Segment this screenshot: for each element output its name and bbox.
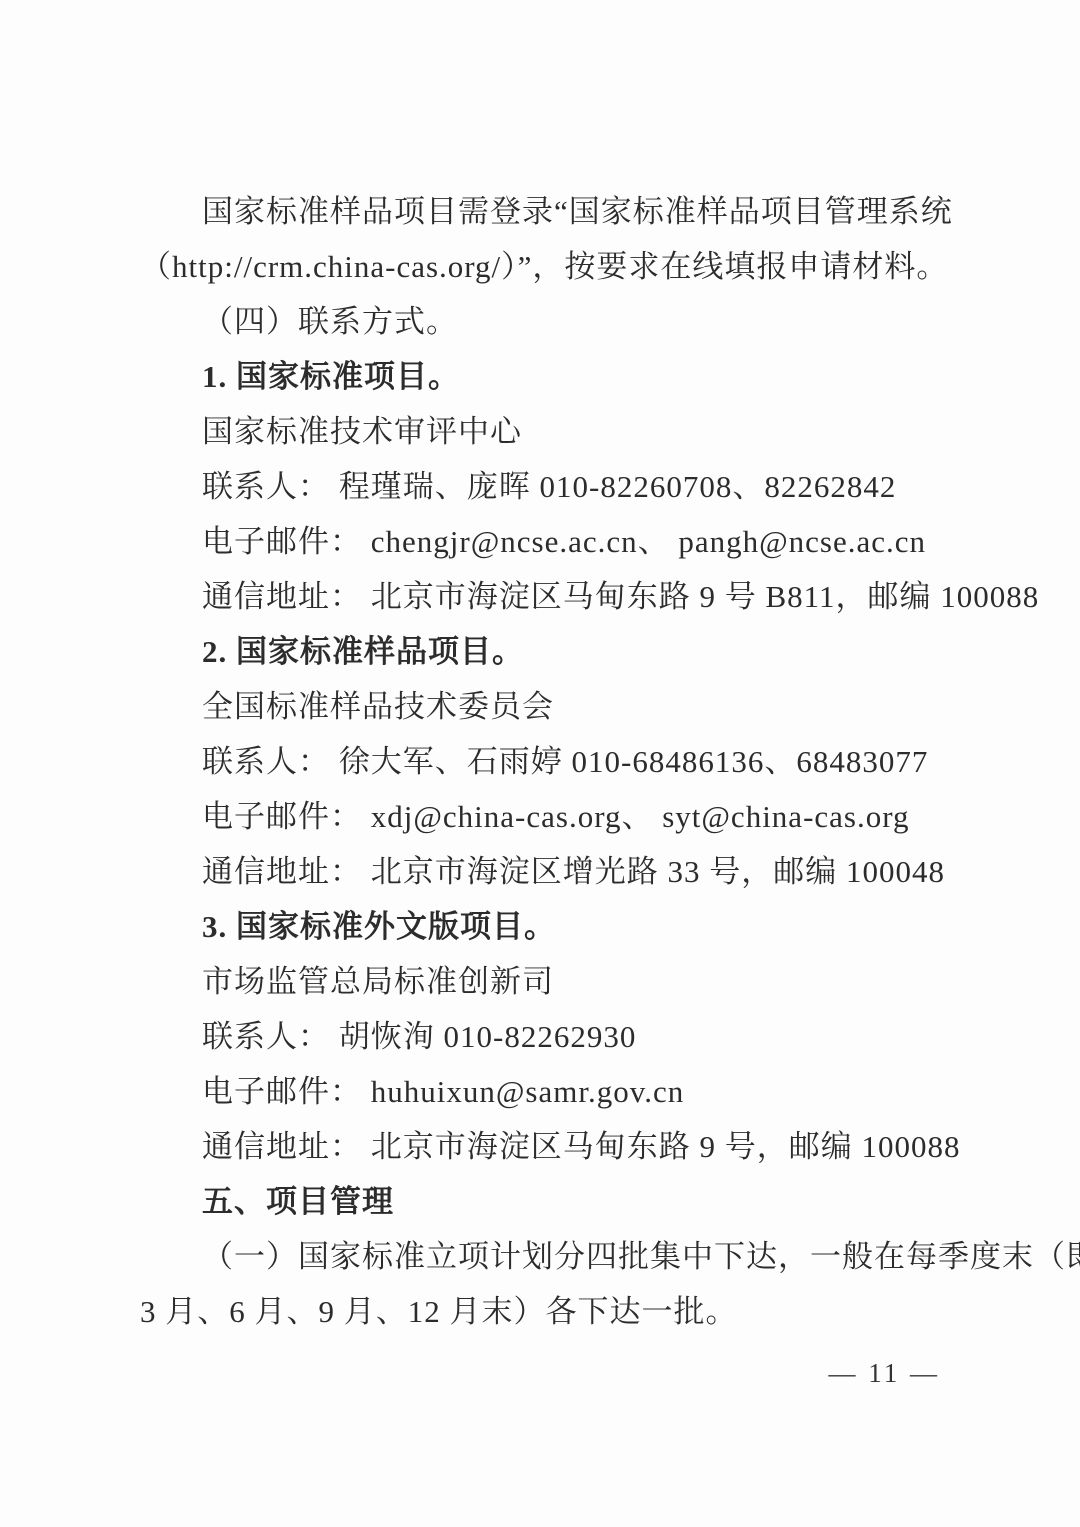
section-3-heading: 3. 国家标准外文版项目。 <box>140 899 1050 954</box>
section-2-org: 全国标准样品技术委员会 <box>140 679 1050 734</box>
section-1-address: 通信地址： 北京市海淀区马甸东路 9 号 B811，邮编 100088 <box>140 569 1050 624</box>
section-1-contact: 联系人： 程瑾瑞、庞晖 010-82260708、82262842 <box>140 459 1050 514</box>
document-page: 国家标准样品项目需登录“国家标准样品项目管理系统 （http://crm.chi… <box>0 0 1080 1527</box>
section-2-heading: 2. 国家标准样品项目。 <box>140 624 1050 679</box>
section-2-contact: 联系人： 徐大军、石雨婷 010-68486136、68483077 <box>140 734 1050 789</box>
management-heading: 五、项目管理 <box>140 1174 1050 1229</box>
section-1-org: 国家标准技术审评中心 <box>140 404 1050 459</box>
section-standard-sample: 2. 国家标准样品项目。 全国标准样品技术委员会 联系人： 徐大军、石雨婷 01… <box>140 624 1050 899</box>
section-3-address: 通信地址： 北京市海淀区马甸东路 9 号，邮编 100088 <box>140 1119 1050 1174</box>
section-3-contact: 联系人： 胡恢洵 010-82262930 <box>140 1009 1050 1064</box>
section-3-org: 市场监管总局标准创新司 <box>140 954 1050 1009</box>
section-1-heading: 1. 国家标准项目。 <box>140 349 1050 404</box>
section-2-address: 通信地址： 北京市海淀区增光路 33 号，邮编 100048 <box>140 844 1050 899</box>
intro-line-2: （http://crm.china-cas.org/）”，按要求在线填报申请材料… <box>140 239 1050 294</box>
section-foreign-language-edition: 3. 国家标准外文版项目。 市场监管总局标准创新司 联系人： 胡恢洵 010-8… <box>140 899 1050 1174</box>
management-line-2: 3 月、6 月、9 月、12 月末）各下达一批。 <box>140 1284 1050 1339</box>
intro-line-1: 国家标准样品项目需登录“国家标准样品项目管理系统 <box>140 184 1050 239</box>
section-national-standard: 1. 国家标准项目。 国家标准技术审评中心 联系人： 程瑾瑞、庞晖 010-82… <box>140 349 1050 624</box>
contact-methods-heading: （四）联系方式。 <box>140 294 1050 349</box>
management-line-1: （一）国家标准立项计划分四批集中下达，一般在每季度末（即 <box>140 1229 1050 1284</box>
page-number: — 11 — <box>140 1358 1040 1389</box>
section-2-email: 电子邮件： xdj@china-cas.org、 syt@china-cas.o… <box>140 789 1050 844</box>
section-1-email: 电子邮件： chengjr@ncse.ac.cn、 pangh@ncse.ac.… <box>140 514 1050 569</box>
document-body: 国家标准样品项目需登录“国家标准样品项目管理系统 （http://crm.chi… <box>140 184 1050 1339</box>
section-3-email: 电子邮件： huhuixun@samr.gov.cn <box>140 1064 1050 1119</box>
section-project-management: 五、项目管理 （一）国家标准立项计划分四批集中下达，一般在每季度末（即 3 月、… <box>140 1174 1050 1339</box>
